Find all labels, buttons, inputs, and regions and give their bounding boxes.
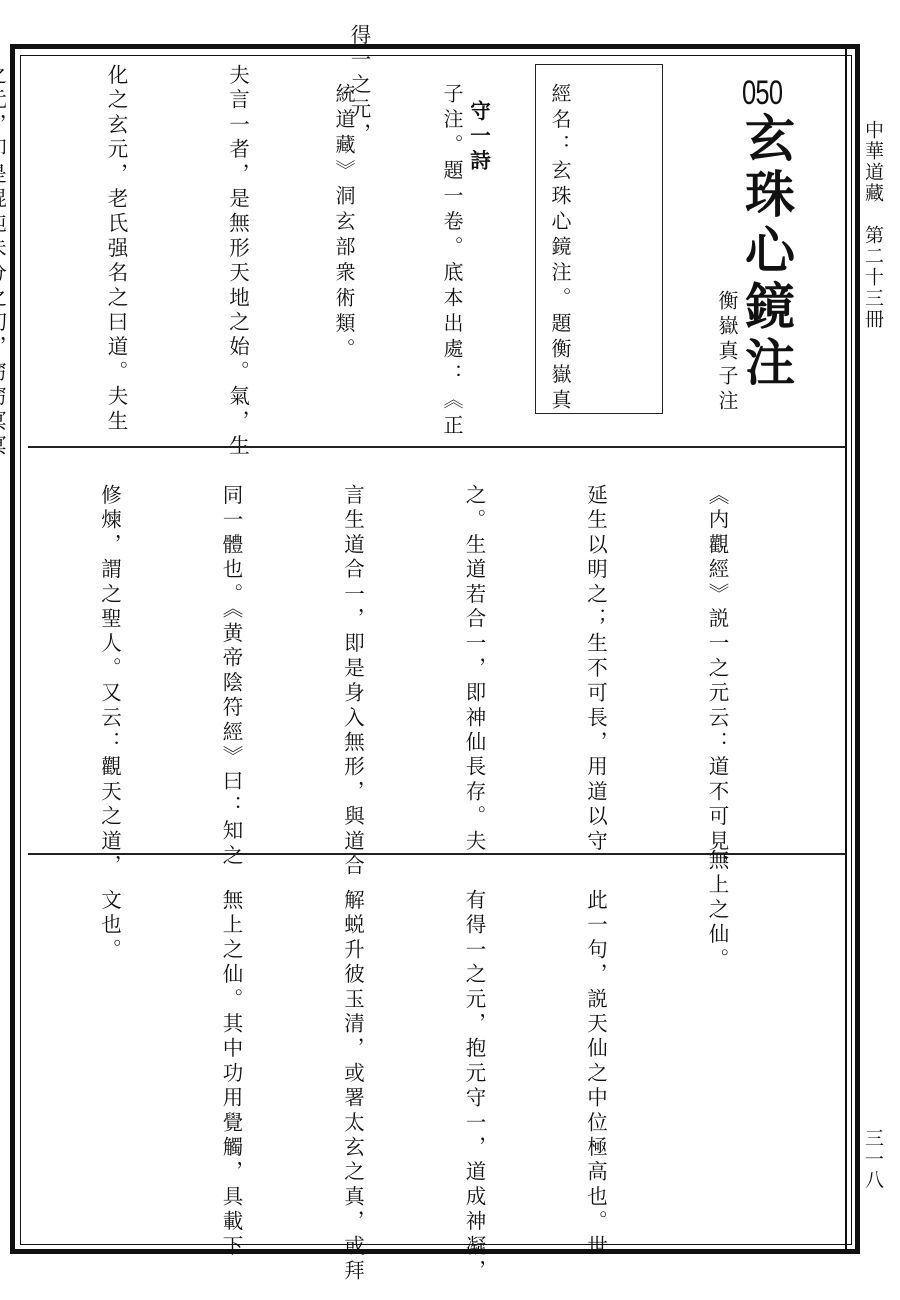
text-column: 夫言一者，是無形天地之始。氣，生 (217, 64, 258, 484)
verse-line: 無上之仙。 (697, 849, 738, 1284)
text-column: 有得一之元，抱元守一，道成神凝， (454, 889, 495, 1284)
text-column: 修煉，謂之聖人。又云：觀天之道， (89, 484, 130, 879)
page-number: 三一八 (855, 1128, 891, 1191)
scripture-title: 玄珠心鏡注 (738, 112, 794, 392)
text-column: 解蜕升彼玉清，或署太玄之真，或拜 (332, 889, 373, 1284)
verse-line: 光含影藏， (0, 849, 8, 1284)
band1-text: 得一之元， 夫言一者，是無形天地之始。氣，生 化之玄元，老氏强名之曰道。夫生 之… (0, 64, 460, 484)
text-column: 得一之元， (339, 24, 380, 484)
text-column: 《内觀經》説一之元云：道不可見， (697, 484, 738, 879)
text-column: 言生道合一，即是身入無形，與道合 (332, 484, 373, 879)
text-column: 化之玄元，老氏强名之曰道。夫生 (96, 64, 137, 484)
text-column: 同一體也。《黄帝陰符經》曰：知之 (211, 484, 252, 879)
section-title: 守一詩 (458, 100, 499, 174)
text-column: 之元，即是混沌未分之初，窈窈冥冥 (0, 64, 15, 484)
band2-text: 《内觀經》説一之元云：道不可見， 延生以明之；生不可長，用道以守 之。生道若合一… (0, 484, 818, 879)
text-column: 此一句，説天仙之中位極高也。世 (575, 889, 616, 1284)
text-column: 文也。 (89, 889, 130, 1284)
scripture-number: 050 (742, 74, 782, 113)
scripture-info-box: 經名：玄珠心鏡注。題衡嶽真 子注。題一卷。底本出處：《正 統道藏》洞玄部衆術類。 (535, 64, 663, 414)
collection-volume-header: 中華道藏 第二十三冊 (855, 120, 891, 330)
text-column: 延生以明之；生不可長，用道以守 (575, 484, 616, 879)
info-line: 經名：玄珠心鏡注。題衡嶽真 (542, 83, 578, 440)
scripture-author: 衡嶽真子注 (712, 290, 742, 415)
text-column: 之。生道若合一，即神仙長存。夫 (454, 484, 495, 879)
band-divider (28, 446, 846, 448)
band3-text: 無上之仙。 此一句，説天仙之中位極高也。世 有得一之元，抱元守一，道成神凝， 解… (0, 889, 818, 1284)
text-column: 無上之仙。其中功用覺觸，具載下 (211, 889, 252, 1284)
text-column: 執天之行，盡矣。又曰：陰陽相勝 (0, 484, 8, 879)
margin-rule (845, 44, 847, 1254)
